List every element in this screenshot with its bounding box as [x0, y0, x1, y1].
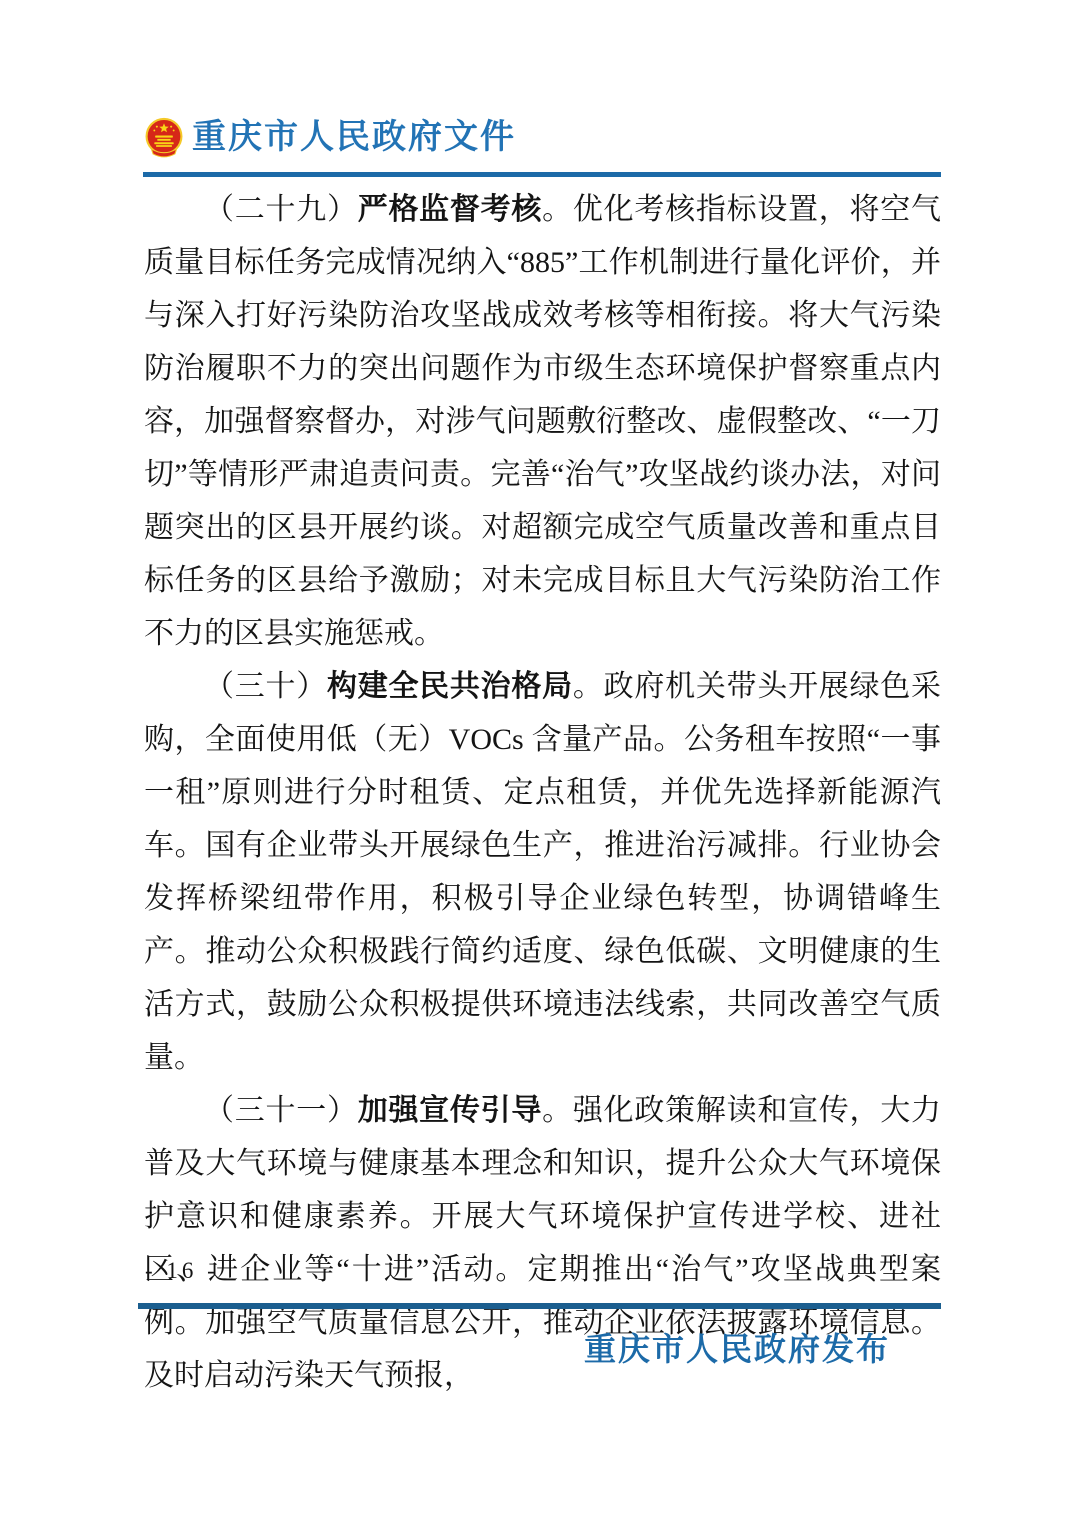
- document-page: 重庆市人民政府文件 （二十九）严格监督考核。优化考核指标设置，将空气质量目标任务…: [0, 0, 1074, 1520]
- paragraph-30-text: 。政府机关带头开展绿色采购，全面使用低（无）VOCs 含量产品。公务租车按照“一…: [144, 670, 941, 1074]
- paragraph-29-title: 严格监督考核: [358, 193, 542, 226]
- paragraph-30-title: 构建全民共治格局: [327, 670, 573, 703]
- document-body: （二十九）严格监督考核。优化考核指标设置，将空气质量目标任务完成情况纳入“885…: [144, 183, 941, 1402]
- paragraph-30-number: （三十）: [204, 670, 327, 703]
- paragraph-29-number: （二十九）: [204, 193, 358, 226]
- document-header: 重庆市人民政府文件: [143, 116, 941, 160]
- document-header-title: 重庆市人民政府文件: [192, 116, 516, 160]
- paragraph-30: （三十）构建全民共治格局。政府机关带头开展绿色采购，全面使用低（无）VOCs 含…: [144, 660, 941, 1084]
- header-divider-line: [143, 172, 941, 177]
- national-emblem-icon: [143, 116, 185, 160]
- page-number: - 16 -: [145, 1258, 219, 1284]
- paragraph-29: （二十九）严格监督考核。优化考核指标设置，将空气质量目标任务完成情况纳入“885…: [144, 183, 941, 660]
- footer-divider-line: [138, 1303, 941, 1309]
- footer-publisher: 重庆市人民政府发布: [144, 1324, 890, 1370]
- paragraph-29-text: 。优化考核指标设置，将空气质量目标任务完成情况纳入“885”工作机制进行量化评价…: [144, 193, 941, 650]
- paragraph-31-number: （三十一）: [204, 1094, 358, 1127]
- paragraph-31-title: 加强宣传引导: [358, 1094, 542, 1127]
